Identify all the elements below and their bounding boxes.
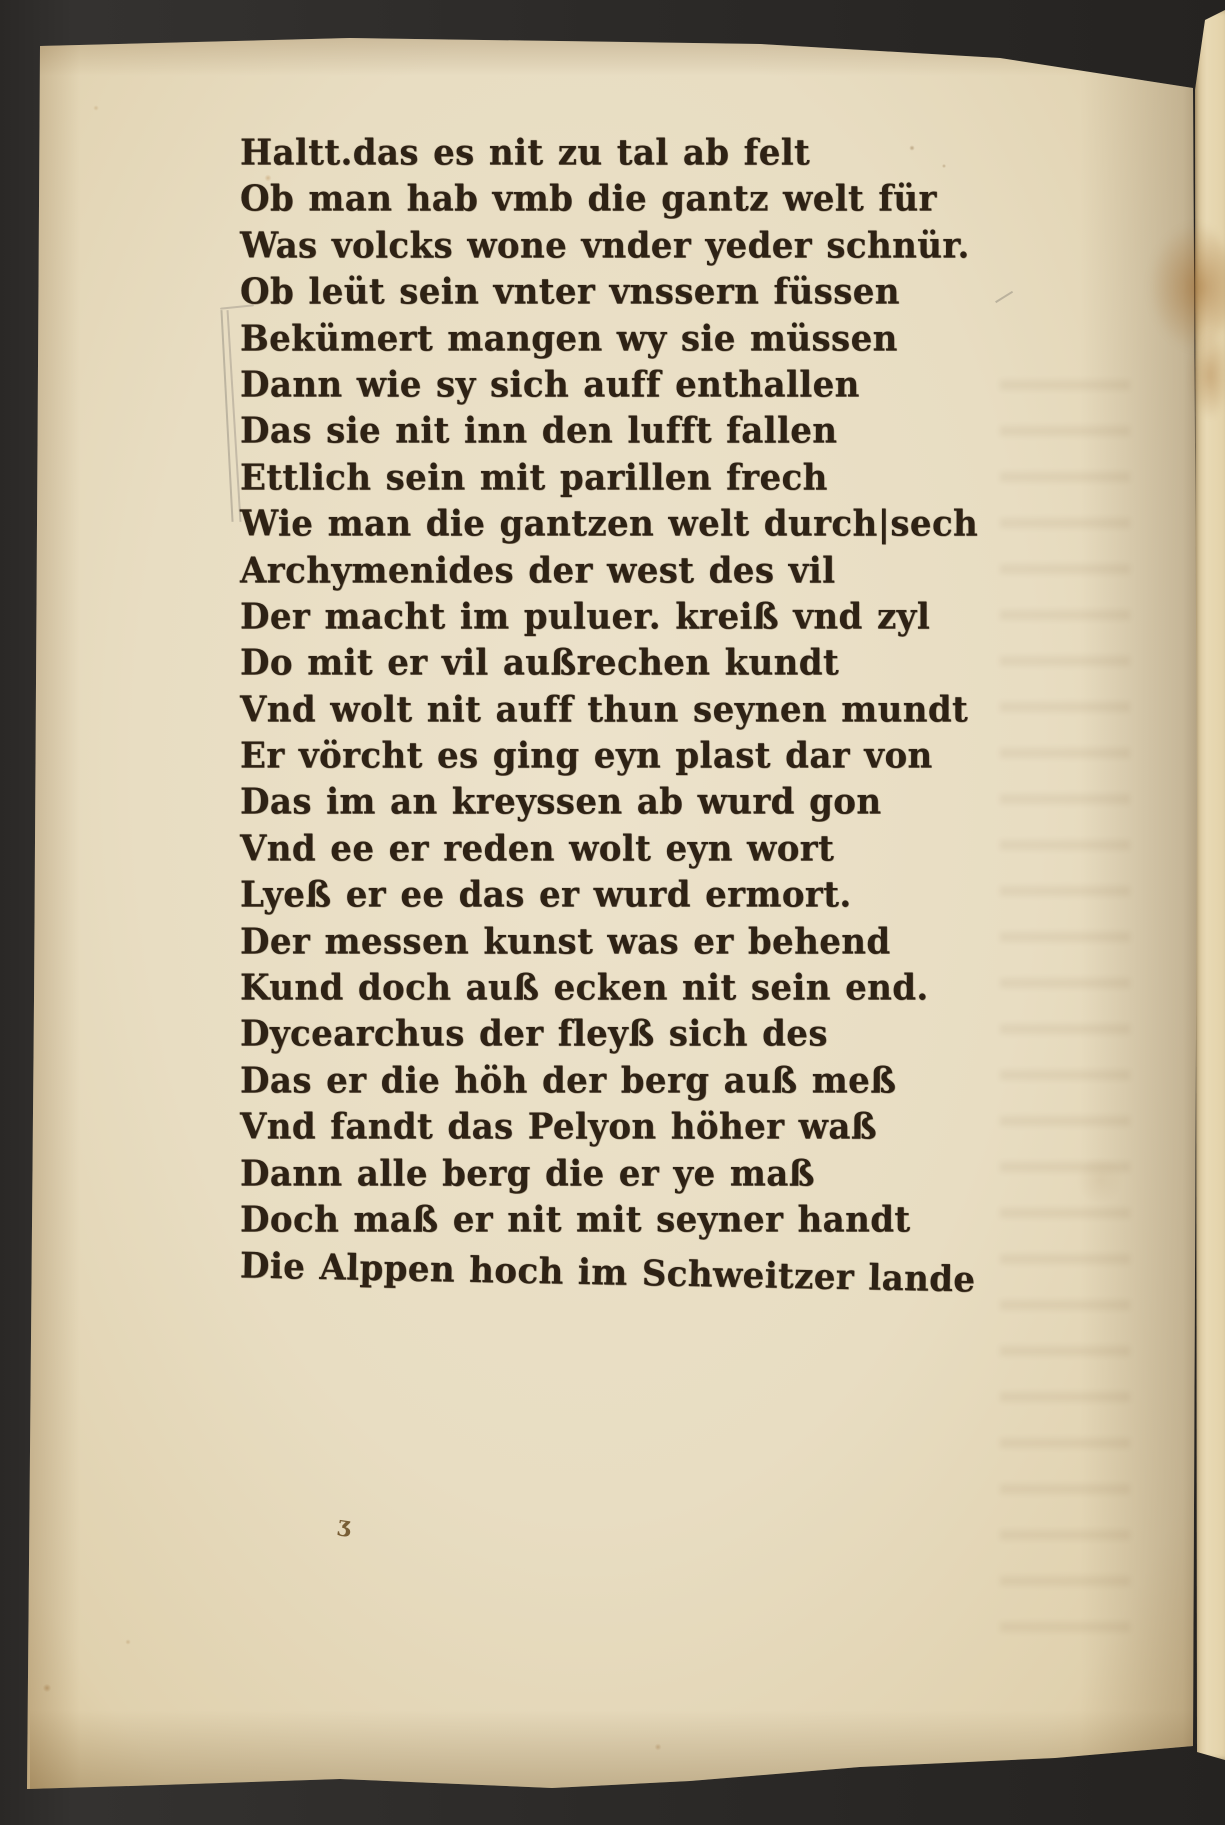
poem-line: Wie man die gantzen welt durch|sech [240,500,978,548]
poem-line: Vnd wolt nit auff thun seynen mundt [240,686,978,734]
poem-line: Das er die höh der berg auß meß [240,1057,978,1105]
poem-line: Lyeß er ee das er wurd ermort. [240,871,978,919]
poem-line: Archymenides der west des vil [240,547,978,595]
poem-line: Vnd fandt das Pelyon höher waß [240,1103,978,1151]
poem-line: Das im an kreyssen ab wurd gon [240,779,978,827]
page-edge-shading-bottom [30,1710,1200,1790]
poem-line: Kund doch auß ecken nit sein end. [240,964,978,1012]
page-edge-shading-left [25,40,80,1790]
verso-show-through [1000,380,1130,1660]
poem-line: Das sie nit inn den lufft fallen [240,407,978,455]
pencil-tick-mark [995,291,1013,303]
poem-text: Haltt.das es nit zu tal ab feltOb man ha… [240,130,978,1290]
poem-line: Er vörcht es ging eyn plast dar von [240,732,978,780]
poem-line: Haltt.das es nit zu tal ab felt [240,129,978,177]
book-page: Haltt.das es nit zu tal ab feltOb man ha… [0,0,1225,1825]
poem-line: Do mit er vil außrechen kundt [240,639,978,687]
stain-right-edge [1190,330,1225,420]
poem-line: Die Alppen hoch im Schweitzer lande [240,1242,979,1304]
poem-line: Ob leüt sein vnter vnssern füssen [240,268,978,316]
poem-line: Der macht im puluer. kreiß vnd zyl [240,593,978,641]
poem-line: Ob man hab vmb die gantz welt für [240,175,978,223]
poem-line: Dann wie sy sich auff enthallen [240,361,978,409]
poem-line: Bekümert mangen wy sie müssen [240,315,978,363]
poem-line: Dycearchus der fleyß sich des [240,1010,978,1058]
book-photo: Haltt.das es nit zu tal ab feltOb man ha… [0,0,1225,1825]
pencil-bracket-stroke [220,310,233,522]
poem-line: Dann alle berg die er ye maß [240,1150,978,1198]
pencil-bracket-stroke [227,310,241,522]
poem-line: Ettlich sein mit parillen frech [240,454,978,502]
page-edge-shading-top [30,36,1195,76]
poem-line: Vnd ee er reden wolt eyn wort [240,825,978,873]
poem-line: Was volcks wone vnder yeder schnür. [240,222,978,270]
ink-mark: ʒ [336,1511,352,1538]
poem-line: Der messen kunst was er behend [240,918,978,966]
poem-line: Doch maß er nit mit seyner handt [240,1196,978,1244]
